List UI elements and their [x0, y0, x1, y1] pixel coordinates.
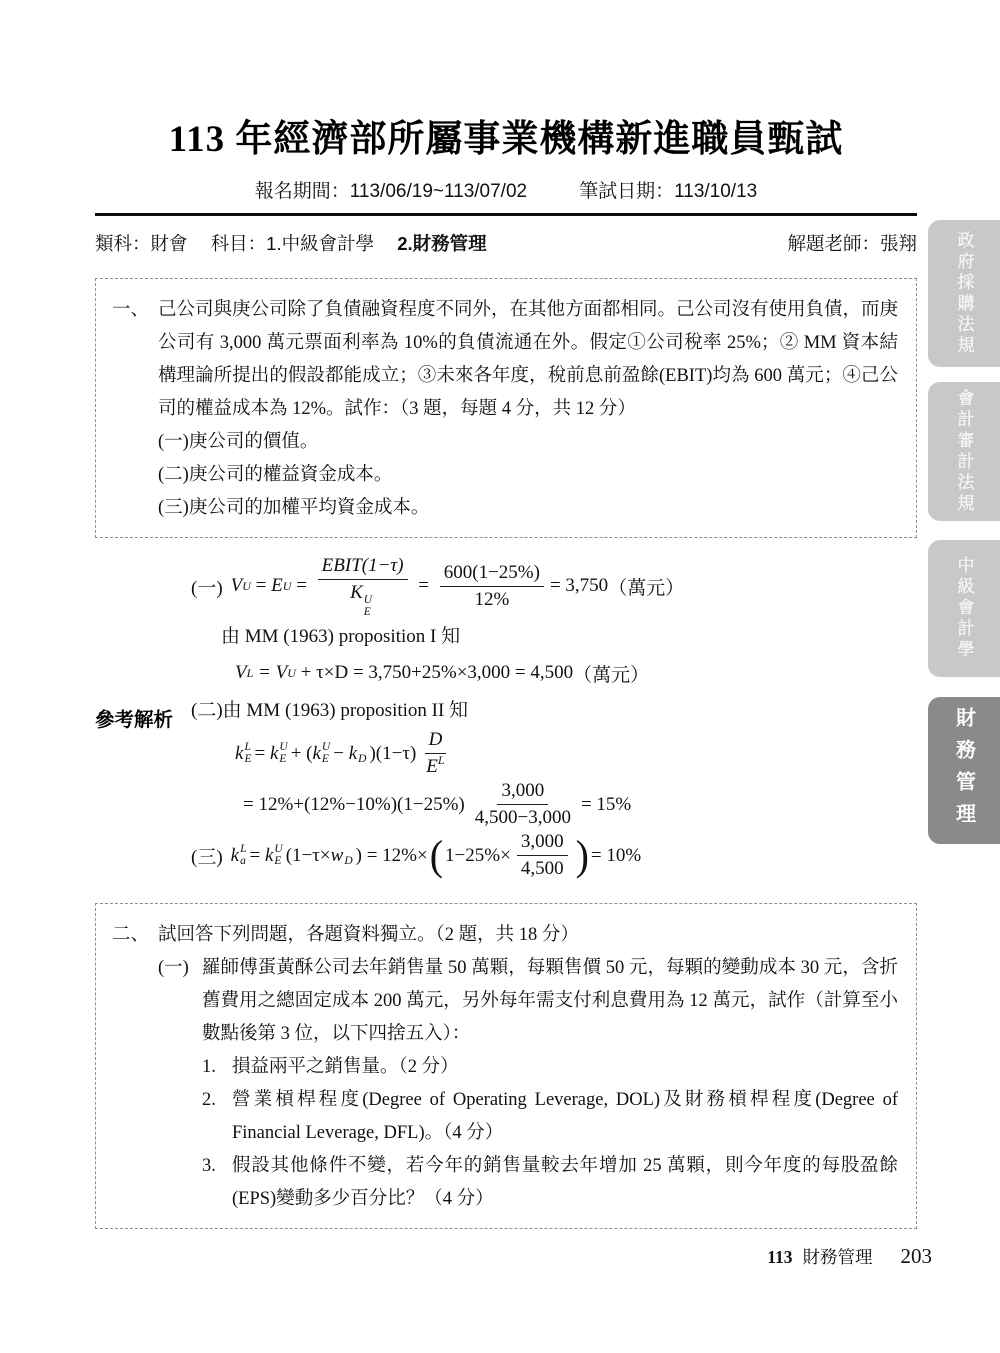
math-sub: E: [274, 856, 282, 868]
question2-sub-body: 羅師傅蛋黃酥公司去年銷售量 50 萬顆，每顆售價 50 元，每顆的變動成本 30…: [202, 952, 898, 1051]
tab-label: 財務管理: [950, 707, 979, 835]
math-token: V: [235, 662, 247, 684]
math-token: =: [251, 575, 271, 597]
exam-dates-row: 報名期間：113/06/19~113/07/02 筆試日期：113/10/13: [95, 176, 917, 203]
tab-label: 中級會計學: [952, 556, 977, 661]
math-token: 1−25%×: [445, 845, 511, 867]
math-token: ) = 12%×: [356, 845, 428, 867]
fraction-denominator: 4,500−3,000: [471, 805, 575, 830]
list-item: 2. 營業槓桿程度(Degree of Operating Leverage, …: [202, 1084, 898, 1150]
list-item: 1. 損益兩平之銷售量。（2 分）: [202, 1051, 898, 1084]
question1-box: 一、 己公司與庚公司除了負債融資程度不同外，在其他方面都相同。己公司沒有使用負債…: [95, 278, 917, 538]
fraction-numerator: 3,000: [517, 830, 568, 856]
sidebar-tab-financial-management: 財務管理: [928, 697, 1000, 844]
footer-section: 財務管理: [803, 1244, 873, 1269]
teacher-label: 解題老師：張翔: [787, 230, 917, 256]
item-number: 3.: [202, 1150, 232, 1216]
subject-label: 科目：1.中級會計學: [211, 233, 374, 254]
math-unit: （萬元）: [573, 660, 649, 687]
header-divider: [95, 213, 917, 216]
solution-section: 參考解析 (一) VU = EU = EBIT(1−τ) KUE =: [95, 554, 917, 881]
item-number: 2.: [202, 1084, 232, 1150]
math-token: k: [312, 743, 320, 765]
question1-part: (三)庚公司的加權平均資金成本。: [158, 492, 898, 525]
meta-row: 類科：財會 科目：1.中級會計學 2.財務管理 解題老師：張翔: [95, 230, 917, 256]
item-text: 損益兩平之銷售量。（2 分）: [232, 1051, 898, 1084]
math-supsub: UE: [279, 742, 287, 765]
math-supsub: UE: [322, 742, 330, 765]
question1-row: 一、 己公司與庚公司除了負債融資程度不同外，在其他方面都相同。己公司沒有使用負債…: [112, 294, 898, 426]
math-token: = 15%: [581, 794, 631, 816]
solution-label: 參考解析: [95, 704, 191, 732]
question1-part: (二)庚公司的權益資金成本。: [158, 459, 898, 492]
question2-sub-marker: (一): [158, 952, 202, 1051]
fraction-denominator: 4,500: [517, 856, 568, 881]
question1-parts: (一)庚公司的價值。 (二)庚公司的權益資金成本。 (三)庚公司的加權平均資金成…: [112, 426, 898, 525]
math-token: (1−τ×: [286, 845, 331, 867]
math-supsub: D: [358, 742, 366, 765]
formula-3: kLE = kUE + ( kUE − k D )(1−τ) D EL: [235, 728, 917, 779]
math-token: =: [254, 743, 269, 765]
math-token: =: [250, 845, 265, 867]
math-unit: （萬元）: [608, 573, 684, 600]
math-token: = 10%: [591, 845, 641, 867]
sidebar-tab-accounting-audit-law: 會計審計法規: [928, 382, 1000, 521]
math-token: =: [414, 575, 434, 597]
page-number: 203: [901, 1244, 933, 1269]
fraction-denominator: EL: [422, 754, 448, 779]
math-token: V: [231, 575, 243, 597]
part-number: (一): [191, 573, 223, 600]
part-number: (三): [191, 842, 223, 869]
item-text: 營業槓桿程度(Degree of Operating Leverage, DOL…: [232, 1084, 898, 1150]
math-token: k: [231, 845, 239, 867]
math-supsub: UE: [274, 844, 282, 867]
subject-current: 2.財務管理: [397, 233, 486, 254]
formula-1: (一) VU = EU = EBIT(1−τ) KUE = 600(1−25%): [191, 554, 917, 618]
registration-period: 報名期間：113/06/19~113/07/02: [255, 176, 527, 203]
item-text: 假設其他條件不變，若今年的銷售量較去年增加 25 萬顆，則今年度的每股盈餘(EP…: [232, 1150, 898, 1216]
item-number: 1.: [202, 1051, 232, 1084]
math-token: k: [235, 743, 243, 765]
math-sub: E: [244, 754, 251, 766]
question1-marker: 一、: [112, 294, 158, 426]
math-sub: E: [322, 754, 330, 766]
math-token: )(1−τ): [369, 743, 416, 765]
footer-book-number: 113: [767, 1247, 792, 1268]
math-supsub: D: [344, 844, 352, 867]
question2-sub: (一) 羅師傅蛋黃酥公司去年銷售量 50 萬顆，每顆售價 50 元，每顆的變動成…: [158, 952, 898, 1051]
sidebar-tab-government-procurement: 政府採購法規: [928, 220, 1000, 367]
fraction: 600(1−25%) 12%: [440, 561, 544, 612]
math-sub: D: [358, 754, 366, 766]
math-sup: L: [438, 753, 445, 767]
solution-text-line: 由 MM (1963) proposition I 知: [221, 620, 917, 654]
math-token: w: [331, 845, 344, 867]
fraction-numerator: 3,000: [497, 779, 548, 805]
fraction-numerator: 600(1−25%): [440, 561, 544, 587]
formula-5: (三) kLa = kUE (1−τ× w D ) = 12%× ( 1−25%…: [191, 830, 917, 881]
formula-4: = 12%+(12%−10%)(1−25%) 3,000 4,500−3,000…: [243, 779, 917, 830]
fraction-numerator: EBIT(1−τ): [318, 554, 408, 580]
math-token: + (: [291, 743, 313, 765]
solution-first-row: 參考解析 (一) VU = EU = EBIT(1−τ) KUE =: [95, 554, 917, 881]
main-column: 113 年經濟部所屬事業機構新進職員甄試 報名期間：113/06/19~113/…: [95, 0, 917, 1229]
math-supsub: UE: [364, 595, 372, 618]
math-sub: E: [364, 607, 372, 619]
document-page: 113 年經濟部所屬事業機構新進職員甄試 報名期間：113/06/19~113/…: [0, 0, 1000, 1353]
math-sub: D: [344, 856, 352, 868]
part-number: (二): [191, 700, 223, 721]
question1-part: (一)庚公司的價值。: [158, 426, 898, 459]
solution-body: (一) VU = EU = EBIT(1−τ) KUE = 600(1−25%): [191, 554, 917, 881]
math-token: = 12%+(12%−10%)(1−25%): [243, 794, 465, 816]
question2-head: 試回答下列問題，各題資料獨立。（2 題，共 18 分）: [158, 919, 898, 952]
sidebar-tab-intermediate-accounting: 中級會計學: [928, 540, 1000, 677]
question2-row: 二、 試回答下列問題，各題資料獨立。（2 題，共 18 分）: [112, 919, 898, 952]
tab-label: 會計審計法規: [952, 389, 977, 515]
math-token: k: [265, 845, 273, 867]
solution-text: 由 MM (1963) proposition II 知: [223, 700, 468, 721]
written-exam-date: 筆試日期：113/10/13: [579, 176, 757, 203]
subject-info: 類科：財會 科目：1.中級會計學 2.財務管理: [95, 230, 505, 256]
math-sub: a: [240, 856, 246, 868]
math-token: = V: [253, 662, 287, 684]
page-footer: 113 財務管理 203: [767, 1244, 932, 1269]
math-token: k: [349, 743, 357, 765]
math-token: + τ×D = 3,750+25%×3,000 = 4,500: [296, 662, 573, 684]
math-token: = 3,750: [550, 575, 608, 597]
math-sub: E: [279, 754, 287, 766]
question2-items: 1. 損益兩平之銷售量。（2 分） 2. 營業槓桿程度(Degree of Op…: [202, 1051, 898, 1216]
math-token: =: [291, 575, 311, 597]
math-token: E: [426, 756, 438, 777]
question2-box: 二、 試回答下列問題，各題資料獨立。（2 題，共 18 分） (一) 羅師傅蛋黃…: [95, 903, 917, 1229]
math-supsub: La: [240, 844, 246, 867]
math-supsub: LE: [244, 742, 251, 765]
list-item: 3. 假設其他條件不變，若今年的銷售量較去年增加 25 萬顆，則今年度的每股盈餘…: [202, 1150, 898, 1216]
math-token: −: [333, 743, 348, 765]
fraction: EBIT(1−τ) KUE: [318, 554, 408, 618]
math-token: k: [270, 743, 278, 765]
math-sup: U: [364, 595, 372, 607]
fraction-numerator: D: [425, 728, 447, 754]
category-label: 類科：財會: [95, 233, 188, 254]
question2-marker: 二、: [112, 919, 158, 952]
fraction-denominator: 12%: [470, 587, 513, 612]
question1-body: 己公司與庚公司除了負債融資程度不同外，在其他方面都相同。己公司沒有使用負債，而庚…: [158, 294, 898, 426]
fraction: 3,000 4,500−3,000: [471, 779, 575, 830]
page-title: 113 年經濟部所屬事業機構新進職員甄試: [95, 108, 917, 162]
solution-part2-line: (二)由 MM (1963) proposition II 知: [191, 694, 917, 728]
tab-label: 政府採購法規: [952, 231, 977, 357]
formula-2: VL = VU + τ×D = 3,750+25%×3,000 = 4,500 …: [235, 654, 917, 692]
math-token: E: [271, 575, 283, 597]
math-token: K: [350, 582, 363, 603]
fraction: D EL: [422, 728, 448, 779]
fraction-denominator: KUE: [346, 580, 379, 618]
fraction: 3,000 4,500: [517, 830, 568, 881]
